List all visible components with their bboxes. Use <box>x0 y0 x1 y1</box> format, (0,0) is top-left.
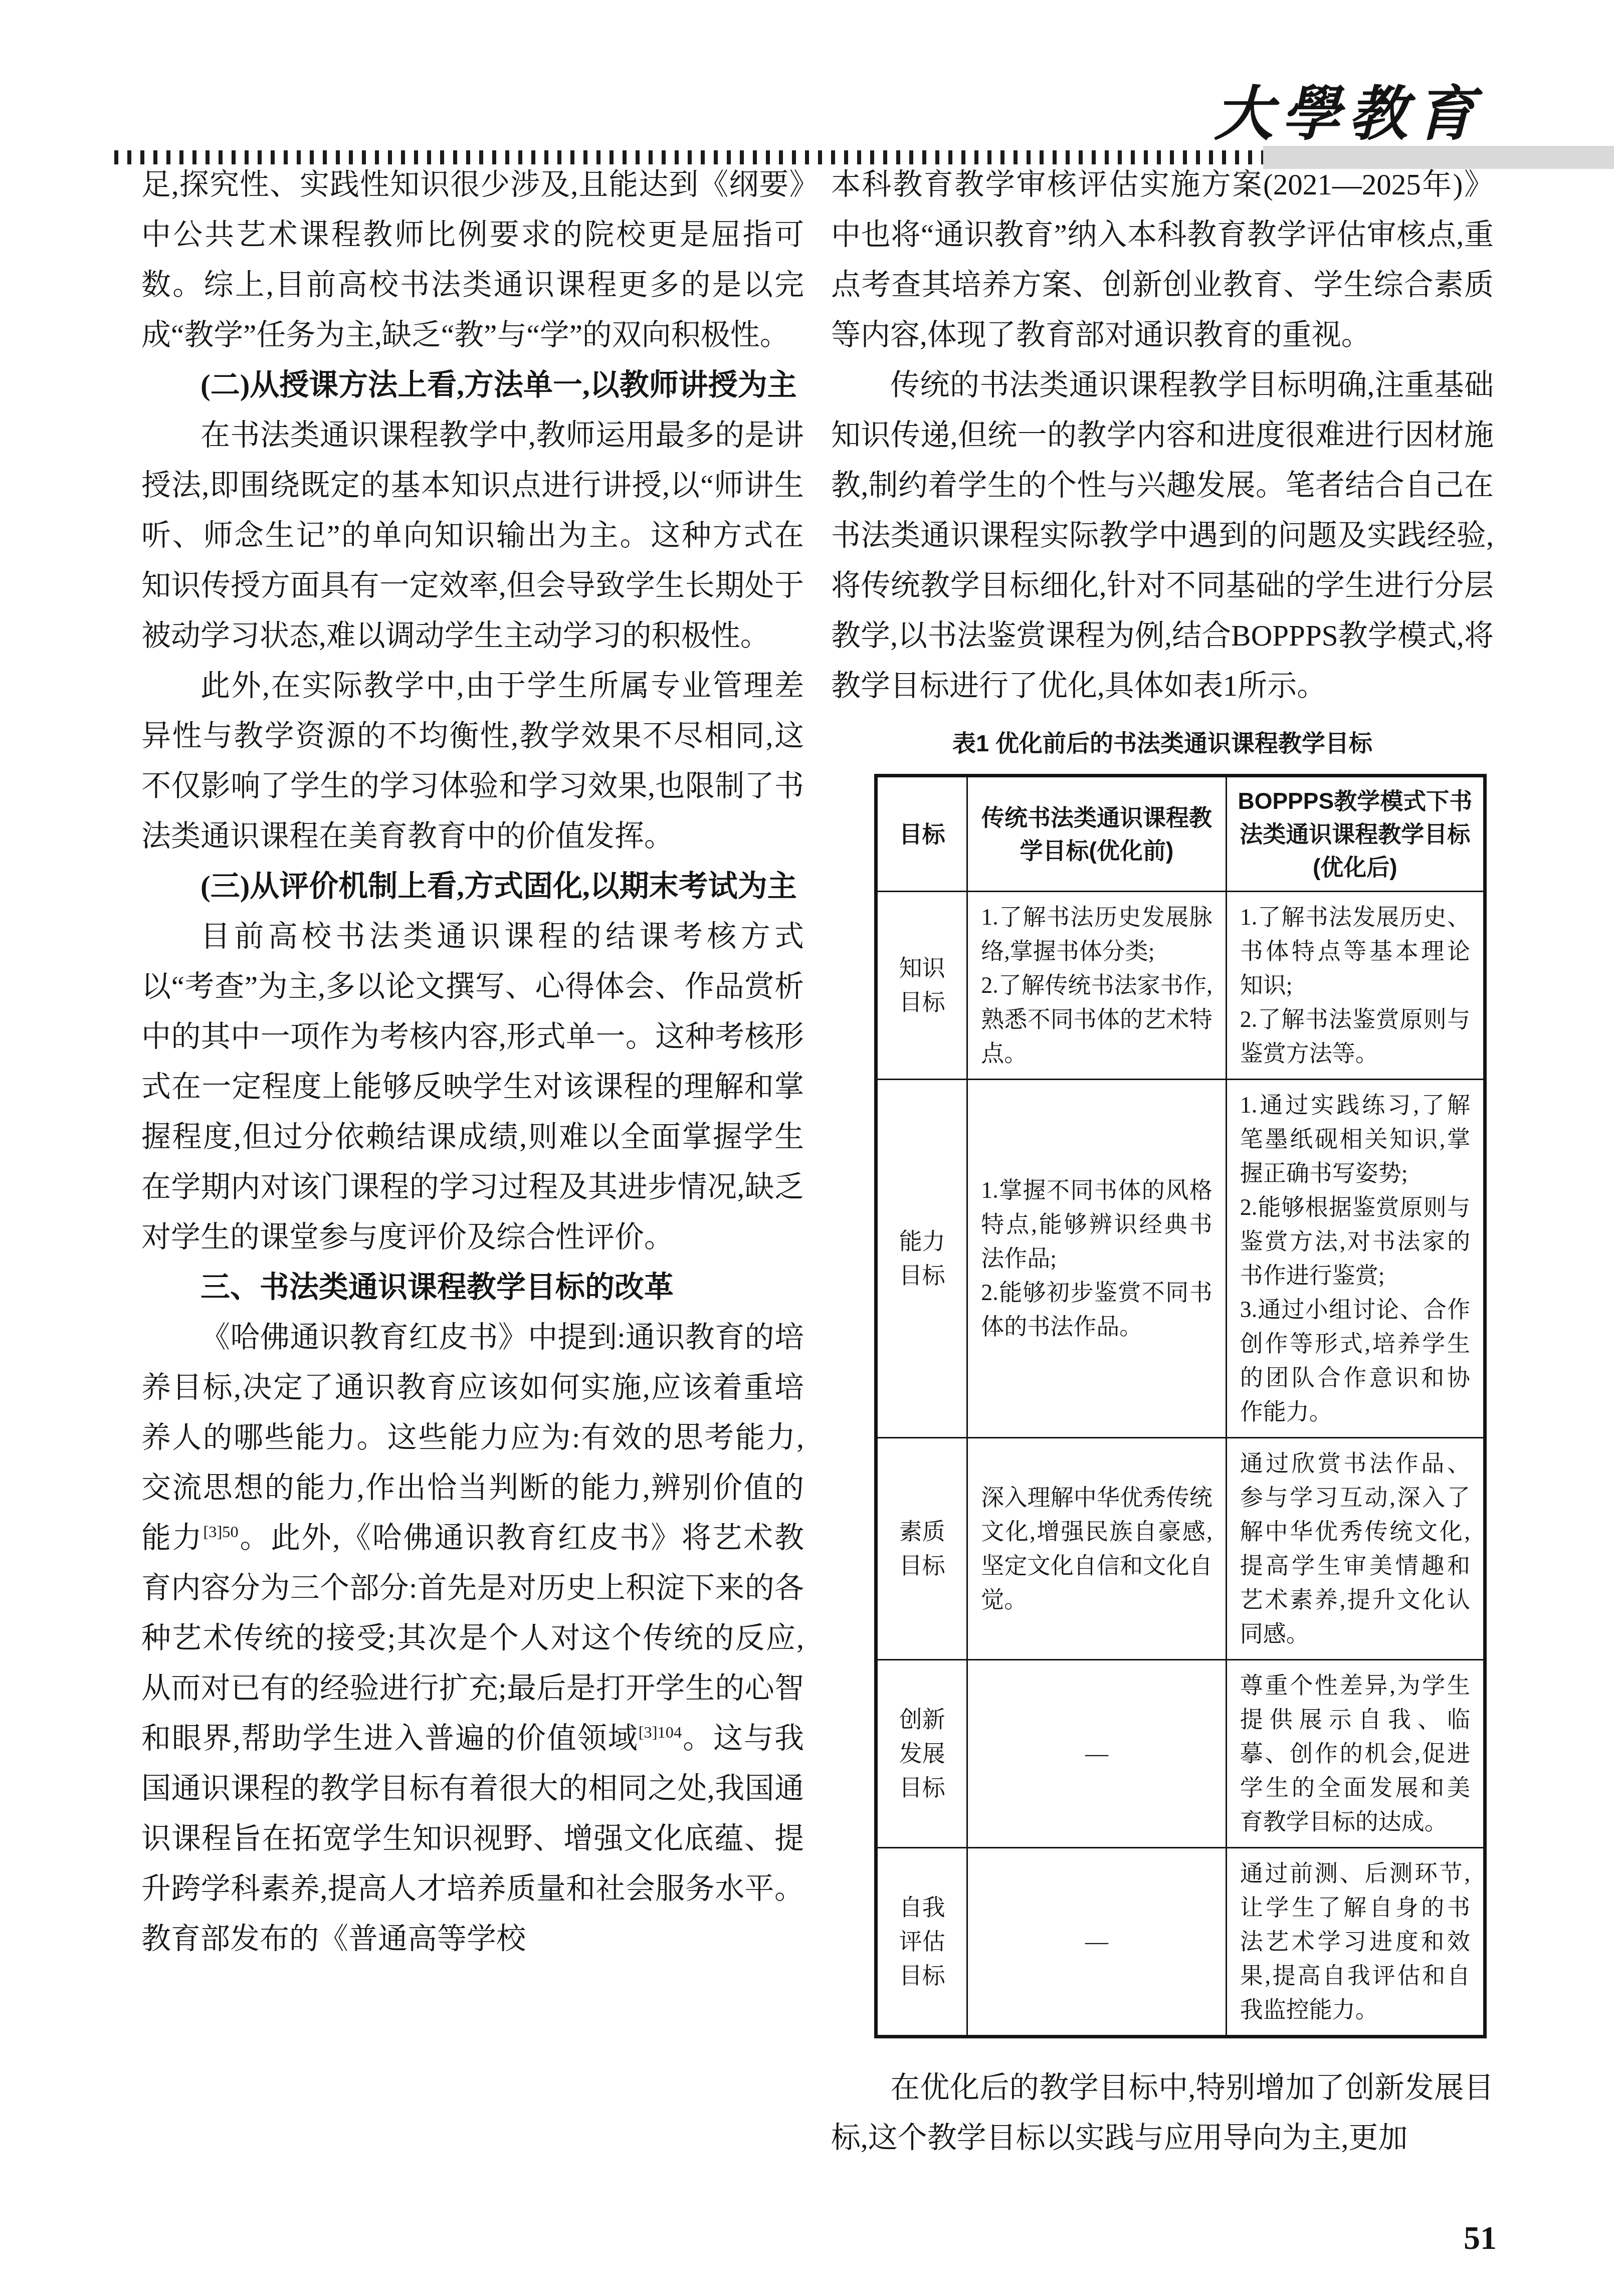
table-row: 创新发展目标—尊重个性差异,为学生提供展示自我、临摹、创作的机会,促进学生的全面… <box>876 1660 1485 1848</box>
paragraph-text: 。这与我国通识课程的教学目标有着很大的相同之处,我国通识课程旨在拓宽学生知识视野… <box>141 1722 804 1955</box>
goals-table-body: 知识目标1.了解书法历史发展脉络,掌握书体分类;2.了解传统书法家书作,熟悉不同… <box>876 892 1485 2037</box>
paragraph: 传统的书法类通识课程教学目标明确,注重基础知识传递,但统一的教学内容和进度很难进… <box>831 360 1494 711</box>
goals-table: 目标 传统书法类通识课程教学目标(优化前) BOPPPS教学模式下书法类通识课程… <box>874 774 1487 2038</box>
column-header-before: 传统书法类通识课程教学目标(优化前) <box>967 776 1226 892</box>
goal-item: 1.了解书法历史发展脉络,掌握书体分类; <box>981 900 1212 968</box>
paragraph-text: 《哈佛通识教育红皮书》中提到:通识教育的培养目标,决定了通识教育应该如何实施,应… <box>141 1321 804 1554</box>
goal-item: 1.了解书法发展历史、书体特点等基本理论知识; <box>1240 900 1470 1002</box>
goal-item: 深入理解中华优秀传统文化,增强民族自豪感,坚定文化自信和文化自觉。 <box>981 1481 1212 1617</box>
row-label: 素质目标 <box>876 1438 967 1660</box>
table-row: 自我评估目标—通过前测、后测环节,让学生了解自身的书法艺术学习进度和效果,提高自… <box>876 1848 1485 2037</box>
subheading-3: (三)从评价机制上看,方式固化,以期末考试为主 <box>141 861 804 911</box>
paragraph: 《哈佛通识教育红皮书》中提到:通识教育的培养目标,决定了通识教育应该如何实施,应… <box>141 1312 804 1964</box>
goal-before-cell: — <box>967 1848 1226 2037</box>
goal-item: 3.通过小组讨论、合作创作等形式,培养学生的团队合作意识和协作能力。 <box>1240 1293 1470 1429</box>
citation-ref: [3]50 <box>203 1523 238 1541</box>
goal-item: 通过欣赏书法作品、参与学习互动,深入了解中华优秀传统文化,提高学生审美情趣和艺术… <box>1240 1446 1470 1651</box>
row-label: 能力目标 <box>876 1080 967 1438</box>
paragraph: 本科教育教学审核评估实施方案(2021—2025年)》中也将“通识教育”纳入本科… <box>831 159 1494 360</box>
paragraph: 此外,在实际教学中,由于学生所属专业管理差异性与教学资源的不均衡性,教学效果不尽… <box>141 661 804 861</box>
subheading-2: (二)从授课方法上看,方法单一,以教师讲授为主 <box>141 360 804 410</box>
goal-item: 2.能够初步鉴赏不同书体的书法作品。 <box>981 1276 1212 1344</box>
table-row: 素质目标深入理解中华优秀传统文化,增强民族自豪感,坚定文化自信和文化自觉。通过欣… <box>876 1438 1485 1660</box>
goal-item: 尊重个性差异,为学生提供展示自我、临摹、创作的机会,促进学生的全面发展和美育教学… <box>1240 1668 1470 1839</box>
goal-before-cell: 1.了解书法历史发展脉络,掌握书体分类;2.了解传统书法家书作,熟悉不同书体的艺… <box>967 892 1226 1080</box>
goal-before-cell: 1.掌握不同书体的风格特点,能够辨识经典书法作品;2.能够初步鉴赏不同书体的书法… <box>967 1080 1226 1438</box>
goal-item: 通过前测、后测环节,让学生了解自身的书法艺术学习进度和效果,提高自我评估和自我监… <box>1240 1856 1470 2027</box>
table-header-row: 目标 传统书法类通识课程教学目标(优化前) BOPPPS教学模式下书法类通识课程… <box>876 776 1485 892</box>
goal-after-cell: 通过欣赏书法作品、参与学习互动,深入了解中华优秀传统文化,提高学生审美情趣和艺术… <box>1226 1438 1485 1660</box>
goal-item: 2.了解书法鉴赏原则与鉴赏方法等。 <box>1240 1002 1470 1071</box>
table-row: 能力目标1.掌握不同书体的风格特点,能够辨识经典书法作品;2.能够初步鉴赏不同书… <box>876 1080 1485 1438</box>
paragraph: 目前高校书法类通识课程的结课考核方式以“考查”为主,多以论文撰写、心得体会、作品… <box>141 911 804 1262</box>
goal-after-cell: 1.了解书法发展历史、书体特点等基本理论知识;2.了解书法鉴赏原则与鉴赏方法等。 <box>1226 892 1485 1080</box>
citation-ref: [3]104 <box>639 1724 682 1742</box>
goal-item: 1.通过实践练习,了解笔墨纸砚相关知识,掌握正确书写姿势; <box>1240 1088 1470 1190</box>
row-label: 知识目标 <box>876 892 967 1080</box>
journal-logo: 大學教育 <box>1214 66 1483 151</box>
goal-after-cell: 1.通过实践练习,了解笔墨纸砚相关知识,掌握正确书写姿势;2.能够根据鉴赏原则与… <box>1226 1080 1485 1438</box>
column-header-goal: 目标 <box>876 776 967 892</box>
section-heading-3: 三、书法类通识课程教学目标的改革 <box>141 1262 804 1312</box>
goal-after-cell: 通过前测、后测环节,让学生了解自身的书法艺术学习进度和效果,提高自我评估和自我监… <box>1226 1848 1485 2037</box>
row-label: 自我评估目标 <box>876 1848 967 2037</box>
goal-item: 2.能够根据鉴赏原则与鉴赏方法,对书法家的书作进行鉴赏; <box>1240 1190 1470 1293</box>
journal-page: 大學教育 足,探究性、实践性知识很少涉及,且能达到《纲要》中公共艺术课程教师比例… <box>0 0 1614 2296</box>
goal-item: 2.了解传统书法家书作,熟悉不同书体的艺术特点。 <box>981 968 1212 1071</box>
paragraph: 在书法类通识课程教学中,教师运用最多的是讲授法,即围绕既定的基本知识点进行讲授,… <box>141 410 804 661</box>
column-header-after: BOPPPS教学模式下书法类通识课程教学目标(优化后) <box>1226 776 1485 892</box>
table-caption: 表1 优化前后的书法类通识课程教学目标 <box>831 728 1494 759</box>
right-column: 本科教育教学审核评估实施方案(2021—2025年)》中也将“通识教育”纳入本科… <box>831 159 1494 2163</box>
row-label: 创新发展目标 <box>876 1660 967 1848</box>
left-column: 足,探究性、实践性知识很少涉及,且能达到《纲要》中公共艺术课程教师比例要求的院校… <box>141 159 804 1964</box>
page-number: 51 <box>1464 2219 1497 2257</box>
paragraph-text: 。此外,《哈佛通识教育红皮书》将艺术教育内容分为三个部分:首先是对历史上积淀下来… <box>141 1521 804 1755</box>
goal-after-cell: 尊重个性差异,为学生提供展示自我、临摹、创作的机会,促进学生的全面发展和美育教学… <box>1226 1660 1485 1848</box>
goal-item: 1.掌握不同书体的风格特点,能够辨识经典书法作品; <box>981 1173 1212 1276</box>
table-row: 知识目标1.了解书法历史发展脉络,掌握书体分类;2.了解传统书法家书作,熟悉不同… <box>876 892 1485 1080</box>
goal-before-cell: — <box>967 1660 1226 1848</box>
paragraph: 在优化后的教学目标中,特别增加了创新发展目标,这个教学目标以实践与应用导向为主,… <box>831 2062 1494 2163</box>
paragraph: 足,探究性、实践性知识很少涉及,且能达到《纲要》中公共艺术课程教师比例要求的院校… <box>141 159 804 360</box>
goal-before-cell: 深入理解中华优秀传统文化,增强民族自豪感,坚定文化自信和文化自觉。 <box>967 1438 1226 1660</box>
